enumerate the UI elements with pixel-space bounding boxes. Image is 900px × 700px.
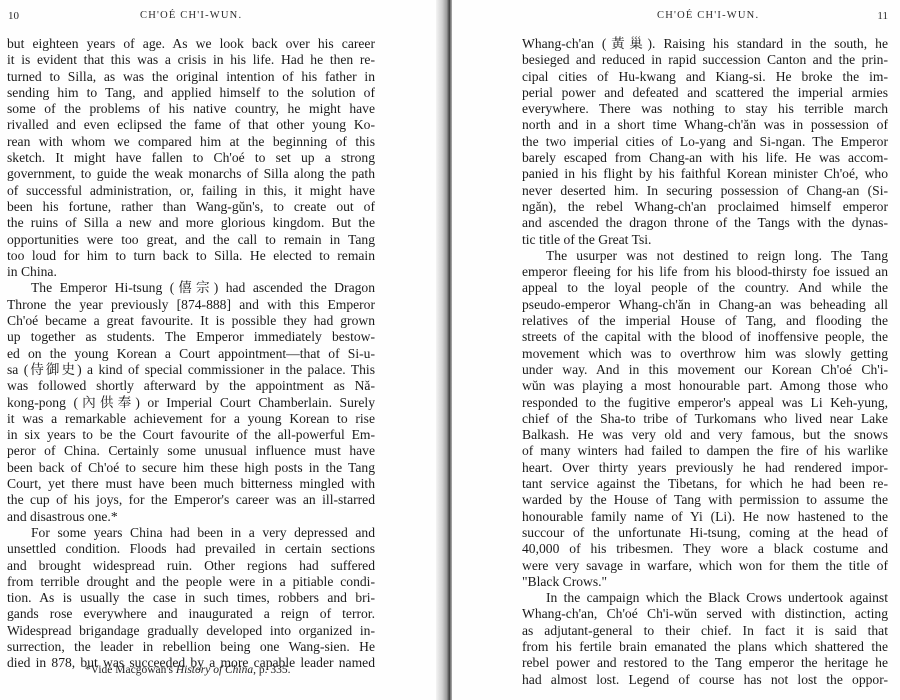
text-line: was followed shortly afterward by the ap… xyxy=(7,378,375,394)
text-line: streets of the capital with the blood of… xyxy=(522,329,888,345)
text-line: and disastrous one.* xyxy=(7,509,375,525)
paragraph-start: For some years China had been in a very … xyxy=(7,525,375,541)
text-line: tic title of the Great Tsi. xyxy=(522,232,888,248)
text-line: Whang-ch'an (黃巢). Raising his standard i… xyxy=(522,36,888,52)
text-line: too loud for him to turn back to Silla. … xyxy=(7,248,375,264)
text-line: Whang-ch'an, Ch'oé Ch'i-wŭn served with … xyxy=(522,606,888,622)
text-line: chief of the Sha-to tribe of Turkomans w… xyxy=(522,411,888,427)
text-line: it is evident that this was a crisis in … xyxy=(7,52,375,68)
text-line: up together as students. The Emperor imm… xyxy=(7,329,375,345)
text-line: as adjutant-general to their chief. In f… xyxy=(522,623,888,639)
text-line: pseudo-emperor Whang-ch'ăn in Chang-an w… xyxy=(522,297,888,313)
text-line: sa (侍御史) a kind of special commissioner … xyxy=(7,362,375,378)
text-line: north and in a short time Whang-ch'ăn wa… xyxy=(522,117,888,133)
right-page: Ch'oé Ch'i-wun. 11 Whang-ch'an (黃巢). Rai… xyxy=(452,0,900,700)
text-line: tant service against the Tibetans, for w… xyxy=(522,476,888,492)
body-text: but eighteen years of age. As we look ba… xyxy=(7,36,375,672)
text-line: ngăn), the rebel Whang-ch'an proclaimed … xyxy=(522,199,888,215)
text-line: "Black Crows." xyxy=(522,574,888,590)
footnote-prefix: *Vide Macgowan's xyxy=(85,664,176,676)
text-line: in six years to be the Court favourite o… xyxy=(7,427,375,443)
text-line: and brought widespread ruin. Other regio… xyxy=(7,558,375,574)
text-line: movement which was to overthrow him was … xyxy=(522,346,888,362)
text-line: been his fortune, rather than Wang-gŭn's… xyxy=(7,199,375,215)
text-line: it was a remarkable achievement for a yo… xyxy=(7,411,375,427)
text-line: rean with whom we compared him at the be… xyxy=(7,134,375,150)
text-line: sending him to Tang, and applied himself… xyxy=(7,85,375,101)
text-line: heart. Over thirty years previously he h… xyxy=(522,460,888,476)
text-line: in China. xyxy=(7,264,375,280)
text-line: ed on the young Korean a Court appointme… xyxy=(7,346,375,362)
text-line: Court, yet there must have been much bit… xyxy=(7,476,375,492)
text-line: relatives of the imperial House of Tang,… xyxy=(522,313,888,329)
text-line: honourable family name of Yi (Li). He no… xyxy=(522,509,888,525)
left-page: 10 Ch'oé Ch'i-wun. but eighteen years of… xyxy=(0,0,440,700)
text-line: sketch. It might have fallen to Ch'oé to… xyxy=(7,150,375,166)
text-line: 40,000 of his tribesmen. They wore a bla… xyxy=(522,541,888,557)
text-line: the ruins of Silla a new and more glorio… xyxy=(7,215,375,231)
text-line: of many winters had failed to dampen the… xyxy=(522,443,888,459)
page-number: 10 xyxy=(8,10,19,22)
body-text: Whang-ch'an (黃巢). Raising his standard i… xyxy=(522,36,888,688)
text-line: Throne the year previously [874-888] and… xyxy=(7,297,375,313)
page-number: 11 xyxy=(877,10,888,22)
text-line: Ch'oé became a great favourite. It is po… xyxy=(7,313,375,329)
paragraph-start: In the campaign which the Black Crows un… xyxy=(522,590,888,606)
text-line: Widespread brigandage gradually develope… xyxy=(7,623,375,639)
text-line: panied in his flight by his faithful Kor… xyxy=(522,166,888,182)
text-line: but eighteen years of age. As we look ba… xyxy=(7,36,375,52)
running-head: Ch'oé Ch'i-wun. xyxy=(140,10,242,21)
text-line: had almost lost. Legend of course has no… xyxy=(522,672,888,688)
text-line: from his fertile brain emanated the plan… xyxy=(522,639,888,655)
text-line: everywhere. There was nothing to stay hi… xyxy=(522,101,888,117)
text-line: surrection, the leader in rebellion bein… xyxy=(7,639,375,655)
paragraph-start: The Emperor Hi-tsung (僖宗) had ascended t… xyxy=(7,280,375,296)
text-line: turned to Silla, as was the original int… xyxy=(7,69,375,85)
paragraph-start: The usurper was not destined to reign lo… xyxy=(522,248,888,264)
text-line: and ascended the dragon throne of the Ta… xyxy=(522,215,888,231)
footnote-title: History of China xyxy=(176,664,253,676)
book-spread: 10 Ch'oé Ch'i-wun. but eighteen years of… xyxy=(0,0,900,700)
text-line: perial power and defeated and scattered … xyxy=(522,85,888,101)
text-line: the cup of his joys, for the Emperor's c… xyxy=(7,492,375,508)
text-line: of successful administration, or, failin… xyxy=(7,183,375,199)
text-line: wŭn was playing a most honourable part. … xyxy=(522,378,888,394)
text-line: from terrible drought and the people wer… xyxy=(7,574,375,590)
text-line: rebel power and restored to the Tang emp… xyxy=(522,655,888,671)
footnote: *Vide Macgowan's History of China, p. 33… xyxy=(85,664,291,676)
text-line: some of the problems of his native count… xyxy=(7,101,375,117)
text-line: peror of China. Certainly some unusual i… xyxy=(7,443,375,459)
text-line: unsettled condition. Floods had prevaile… xyxy=(7,541,375,557)
text-line: the two imperial cities of Lo-yang and S… xyxy=(522,134,888,150)
text-line: were very savage in warfare, which won f… xyxy=(522,558,888,574)
text-line: never deserted him. In securing possessi… xyxy=(522,183,888,199)
text-line: besieged and reduced in rapid succession… xyxy=(522,52,888,68)
text-line: barely escaped from Chang-an with his li… xyxy=(522,150,888,166)
text-line: Balkash. He was very old and very famous… xyxy=(522,427,888,443)
text-line: government, to guide the weak monarchs o… xyxy=(7,166,375,182)
running-head: Ch'oé Ch'i-wun. xyxy=(657,10,759,21)
text-line: responded to the fugitive emperor's appe… xyxy=(522,395,888,411)
text-line: gands rose everywhere and inaugurated a … xyxy=(7,606,375,622)
text-line: tion. As is usually the case in such tim… xyxy=(7,590,375,606)
text-line: warded by the House of Tang with permiss… xyxy=(522,492,888,508)
text-line: opportunities were too great, and the ca… xyxy=(7,232,375,248)
text-line: kong-pong (內供奉) or Imperial Court Chambe… xyxy=(7,395,375,411)
text-line: under way. And in this movement our Kore… xyxy=(522,362,888,378)
text-line: appeal to the loyal people of the countr… xyxy=(522,280,888,296)
text-line: been back of Ch'oé to secure him these h… xyxy=(7,460,375,476)
footnote-suffix: , p. 335. xyxy=(253,664,290,676)
text-line: rivalled and even eclipsed the fame of t… xyxy=(7,117,375,133)
text-line: succour of the unfortunate Hi-tsung, com… xyxy=(522,525,888,541)
text-line: cipal cities of Hu-kwang and Kiang-si. H… xyxy=(522,69,888,85)
text-line: emperor fleeing for his life from his bl… xyxy=(522,264,888,280)
